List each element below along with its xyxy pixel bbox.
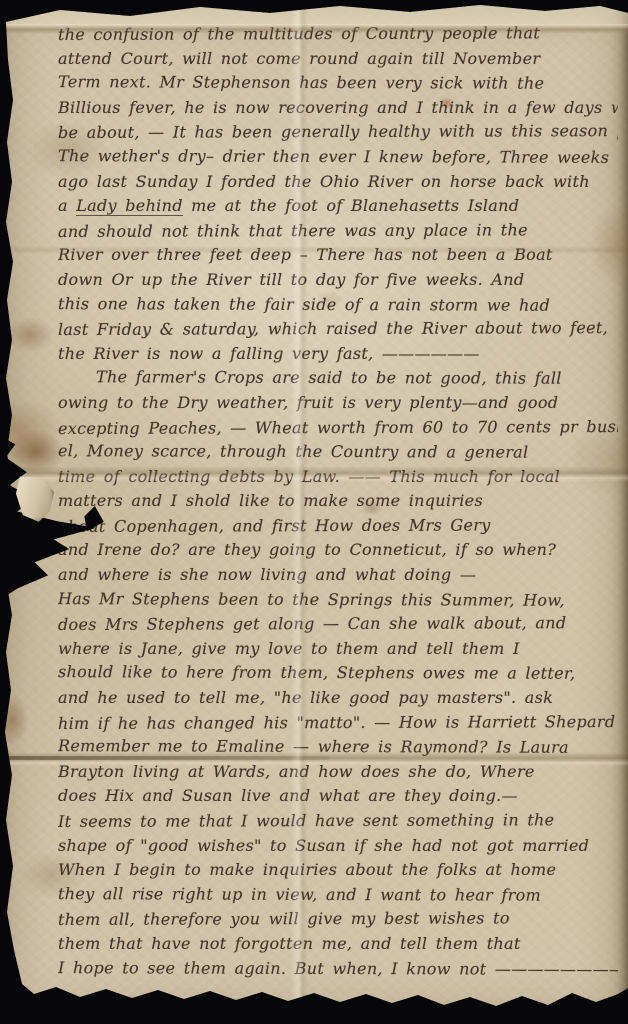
letter-line: Has Mr Stephens been to the Springs this… (58, 587, 618, 613)
letter-line: should like to here from them, Stephens … (58, 661, 618, 687)
letter-line: where is Jane, give my love to them and … (58, 637, 618, 662)
letter-line: time of collecting debts by Law. —— This… (58, 465, 618, 490)
letter-line: attend Court, will not come round again … (58, 47, 618, 72)
letter-line: last Friday & saturday, which raised the… (58, 316, 618, 343)
letter-line: el, Money scarce, through the Country an… (58, 439, 618, 465)
letter-line: Brayton living at Wards, and how does sh… (58, 760, 618, 785)
letter-line: The wether's dry– drier then ever I knew… (58, 144, 618, 170)
letter-line: owing to the Dry weather, fruit is very … (58, 391, 618, 416)
letter-line: ago last Sunday I forded the Ohio River … (58, 170, 618, 195)
letter-line: and Irene do? are they going to Connetic… (58, 538, 618, 563)
letter-line: The farmer's Crops are said to be not go… (58, 365, 618, 391)
letter-line: them all, therefore you will give my bes… (58, 906, 618, 933)
letter-line: about Copenhagen, and first How does Mrs… (58, 513, 618, 540)
letter-line: It seems to me that I would have sent so… (58, 808, 618, 835)
letter-line: shape of "good wishes" to Susan if she h… (58, 834, 618, 859)
letter-line: Remember me to Emaline — where is Raymon… (58, 734, 618, 760)
letter-line: Term next. Mr Stephenson has been very s… (58, 70, 618, 96)
letter-line: down Or up the River till to day for fiv… (58, 268, 618, 293)
letter-line: this one has taken the fair side of a ra… (58, 292, 618, 318)
letter-line: the River is now a falling very fast, ——… (58, 342, 618, 367)
letter-line: excepting Peaches, — Wheat worth from 60… (58, 415, 618, 442)
letter-body: the confusion of the multitudes of Count… (58, 22, 618, 1000)
letter-line: does Mrs Stephens get along — Can she wa… (58, 611, 618, 638)
letter-line: Billious fever, he is now recovering and… (58, 96, 618, 121)
letter-line: the confusion of the multitudes of Count… (58, 22, 618, 48)
letter-line: and he used to tell me, "he like good pa… (58, 686, 618, 711)
letter-line: does Hix and Susan live and what are the… (58, 784, 618, 809)
letter-line: and where is she now living and what doi… (58, 563, 618, 588)
letter-line: and should not think that there was any … (58, 218, 618, 245)
letter-line: him if he has changed his "matto". — How… (58, 710, 618, 737)
scan-background: the confusion of the multitudes of Count… (0, 0, 628, 1024)
letter-line: they all rise right up in view, and I wa… (58, 882, 618, 908)
letter-line: When I begin to make inquiries about the… (58, 858, 618, 883)
letter-line: be about, — It has been generally health… (58, 119, 618, 146)
letter-line: I hope to see them again. But when, I kn… (58, 956, 618, 982)
letter-line: a Lady behind me at the foot of Blanehas… (58, 194, 618, 219)
letter-line: matters and I shold like to make some in… (58, 489, 618, 514)
letter-line: them that have not forgotten me, and tel… (58, 932, 618, 957)
letter-line: River over three feet deep – There has n… (58, 243, 618, 268)
